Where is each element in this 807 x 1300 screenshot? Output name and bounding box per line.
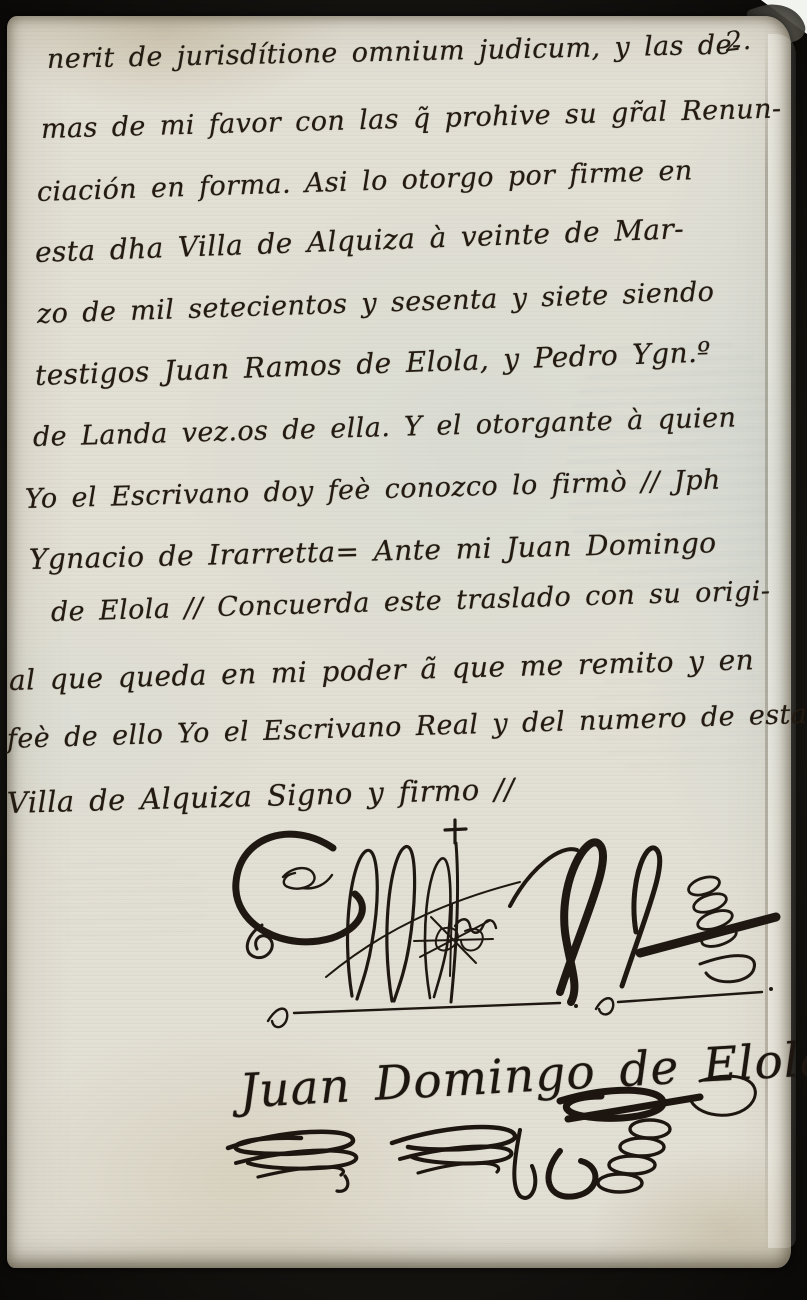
manuscript-line-4: esta dha Villa de Alquiza à veinte de Ma…: [34, 212, 684, 269]
ink-bleedthrough: [47, 856, 207, 946]
manuscript-photo: 2. nerit de jurisdítione omnium judicum,…: [0, 0, 807, 1300]
manuscript-line-13: Villa de Alquiza Signo y firmo //: [7, 772, 515, 820]
manuscript-line-5: zo de mil setecientos y sesenta y siete …: [36, 277, 714, 330]
manuscript-page: 2. nerit de jurisdítione omnium judicum,…: [7, 16, 791, 1268]
manuscript-line-1: nerit de jurisdítione omnium judicum, y …: [47, 29, 742, 75]
manuscript-line-2: mas de mi favor con las q̃ prohive su gr…: [41, 93, 782, 145]
escribano-signature: Juan Domingo de Elola: [238, 1032, 807, 1120]
manuscript-line-10: de Elola // Concuerda este traslado con …: [51, 576, 771, 628]
manuscript-line-3: ciación en forma. Asi lo otorgo por firm…: [36, 155, 693, 208]
